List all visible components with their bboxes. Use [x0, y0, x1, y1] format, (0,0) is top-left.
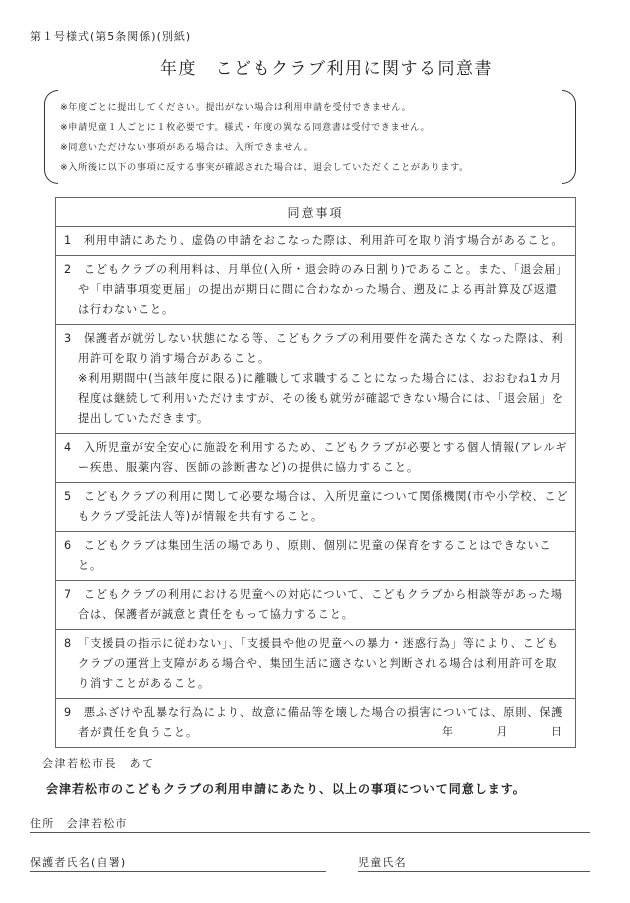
notice-box: ※年度ごとに提出してください。提出がない場合は利用申請を受付できません。 ※申請…: [44, 90, 576, 184]
address-field[interactable]: 住所 会津若松市: [30, 815, 590, 833]
date-day[interactable]: 日: [551, 723, 562, 739]
table-row: 6 こどもクラブは集団生活の場であり、原則、個別に児童の保育をすることはできない…: [56, 532, 576, 581]
addressee: 会津若松市長 あて: [42, 755, 155, 771]
consent-statement: 会津若松市のこどもクラブの利用申請にあたり、以上の事項について同意します。: [46, 780, 526, 797]
date-line[interactable]: 年 月 日: [442, 723, 562, 739]
table-row: 7 こどもクラブの利用における児童への対応について、こどもクラブから相談等があっ…: [56, 581, 576, 630]
notice-line: ※申請児童１人ごとに１枚必要です。様式・年度の異なる同意書は受付できません。: [60, 118, 469, 138]
notice-line: ※入所後に以下の事項に反する事実が確認された場合は、退会していただくことがありま…: [60, 158, 469, 178]
table-row: 1 利用申請にあたり、虚偽の申請をおこなった際は、利用許可を取り消す場合があるこ…: [56, 227, 576, 256]
form-number: 第１号様式(第5条関係)(別紙): [30, 28, 191, 44]
page-title: 年度 こどもクラブ利用に関する同意書: [0, 54, 630, 79]
table-row: 8 「支援員の指示に従わない」、「支援員や他の児童への暴力・迷惑行為」等により、…: [56, 630, 576, 699]
guardian-name-field[interactable]: 保護者氏名(自署): [30, 854, 326, 872]
table-header: 同意事項: [56, 198, 576, 227]
table-row: 4 入所児童が安全安心に施設を利用するため、こどもクラブが必要とする個人情報(ア…: [56, 434, 576, 483]
row-note: ※利用期間中(当該年度に限る)に離職して求職することになった場合には、おおむね1…: [78, 369, 569, 429]
table-row: 2 こどもクラブの利用料は、月単位(入所・退会時のみ日割り)であること。また、「…: [56, 256, 576, 325]
bracket-left: [44, 90, 58, 184]
notice-line: ※同意いただけない事項がある場合は、入所できません。: [60, 138, 469, 158]
date-month[interactable]: 月: [497, 723, 508, 739]
notice-line: ※年度ごとに提出してください。提出がない場合は利用申請を受付できません。: [60, 98, 469, 118]
bracket-right: [562, 90, 576, 184]
date-year[interactable]: 年: [442, 723, 453, 739]
consent-items-table: 同意事項 1 利用申請にあたり、虚偽の申請をおこなった際は、利用許可を取り消す場…: [55, 197, 576, 748]
table-row: 3 保護者が就労しない状態になる等、こどもクラブの利用要件を満たさなくなった際は…: [56, 325, 576, 434]
table-row: 5 こどもクラブの利用に関して必要な場合は、入所児童について関係機関(市や小学校…: [56, 483, 576, 532]
child-name-field[interactable]: 児童氏名: [358, 854, 590, 872]
